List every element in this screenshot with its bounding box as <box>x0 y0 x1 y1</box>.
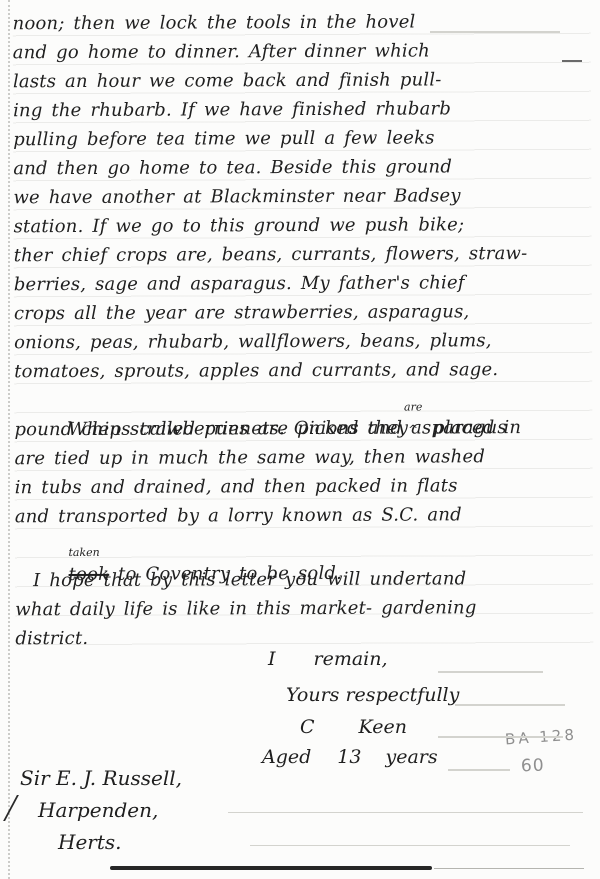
letter-body-text: noon; then we lock the tools in the hove… <box>13 7 594 654</box>
age-line: Aged13years <box>262 746 438 768</box>
letter-line: in tubs and drained, and then packed in … <box>15 471 593 503</box>
addressee-county: Herts. <box>58 830 122 854</box>
struck-out-word: took <box>69 564 110 585</box>
scan-artifact-line <box>562 60 582 62</box>
signature-surname: Keen <box>359 716 407 738</box>
left-margin-rule <box>8 0 10 879</box>
bottom-scan-line-faint <box>434 868 584 869</box>
letter-line: and then go home to tea. Beside this gro… <box>13 152 591 184</box>
inserted-word: are <box>404 401 422 412</box>
signature-initial: C <box>300 716 315 738</box>
valediction-remain-line: Iremain, <box>268 648 388 670</box>
letter-line: berries, sage and asparagus. My father's… <box>14 268 592 300</box>
scan-artifact-line <box>250 845 570 846</box>
scan-artifact-line <box>438 671 543 673</box>
scan-artifact-line <box>455 704 565 706</box>
letter-line-with-correction: takentook to Coventry to be sold. <box>15 529 593 561</box>
signature-line: CKeen <box>300 716 407 738</box>
letter-line: are tied up in much the same way, then w… <box>14 442 592 474</box>
letter-line: onions, peas, rhubarb, wallflowers, bean… <box>14 326 592 358</box>
interlinear-insertion: are^ <box>408 413 424 444</box>
letter-line: pulling before tea time we pull a few le… <box>13 123 591 155</box>
scan-artifact-line <box>448 769 510 771</box>
letter-line: and go home to dinner. After dinner whic… <box>13 36 591 68</box>
letter-line: pound chips called punnets. Onions and a… <box>14 413 592 445</box>
addressee-name: Sir E. J. Russell, <box>20 766 182 790</box>
archival-page-number: 60 <box>521 756 545 777</box>
aged-label: Aged <box>262 746 311 768</box>
letter-line-with-insertion: When strawberries are picked theyare^ pl… <box>14 384 592 416</box>
valediction-i: I <box>268 648 276 670</box>
caret-mark: ^ <box>408 422 418 436</box>
valediction-yours-line: Yours respectfully <box>286 684 459 706</box>
bottom-scan-line <box>110 866 432 870</box>
age-value: 13 <box>337 746 361 768</box>
scan-artifact-line <box>228 812 583 813</box>
letter-line: noon; then we lock the tools in the hove… <box>13 7 591 39</box>
letter-line: tomatoes, sprouts, apples and currants, … <box>14 355 592 387</box>
scan-artifact-line <box>430 31 560 33</box>
scanned-letter-page: noon; then we lock the tools in the hove… <box>0 0 600 879</box>
letter-line: lasts an hour we come back and finish pu… <box>13 65 591 97</box>
letter-line: ther chief crops are, beans, currants, f… <box>14 239 592 271</box>
letter-line: crops all the year are strawberries, asp… <box>14 297 592 329</box>
letter-line: ing the rhubarb. If we have finished rhu… <box>13 94 591 126</box>
valediction-remain: remain, <box>314 648 388 670</box>
addressee-town: Harpenden, <box>38 798 158 822</box>
years-label: years <box>385 746 437 768</box>
letter-line: station. If we go to this ground we push… <box>13 210 591 242</box>
letter-line: what daily life is like in this market- … <box>15 593 593 625</box>
scan-artifact-line <box>438 736 563 738</box>
correction-group: takentook <box>69 560 110 589</box>
letter-line: and transported by a lorry known as S.C.… <box>15 500 593 532</box>
letter-line: we have another at Blackminster near Bad… <box>13 181 591 213</box>
replacement-word: taken <box>68 547 99 558</box>
pen-flourish-mark <box>3 795 27 821</box>
